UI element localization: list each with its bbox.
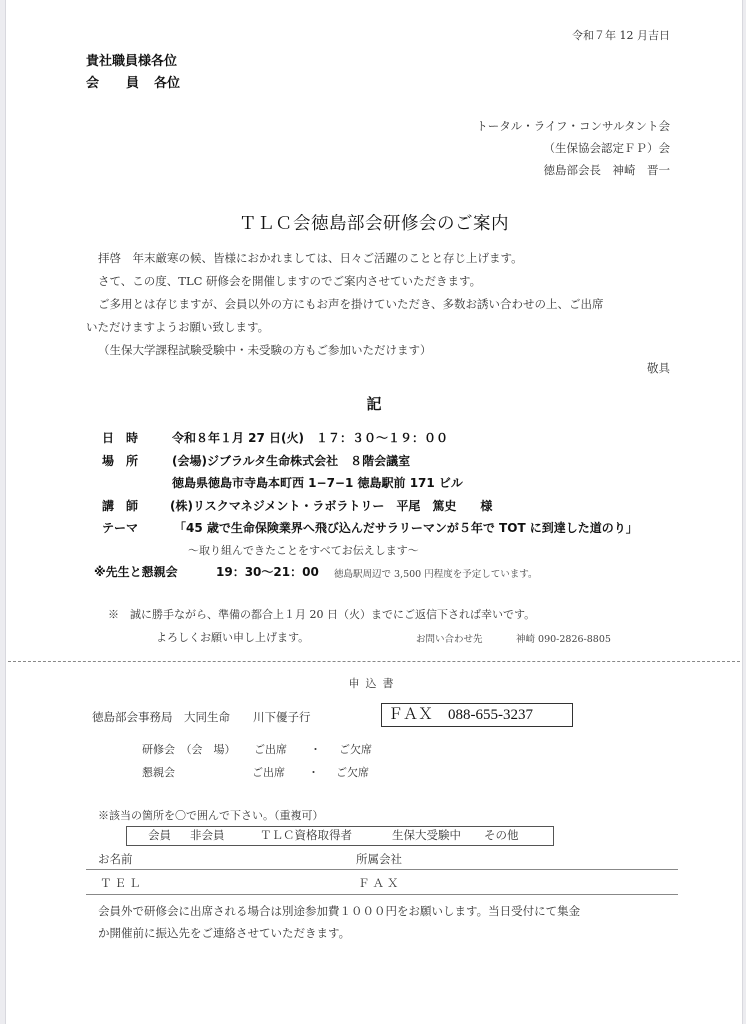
issue-date: 令和７年 12 月吉日 bbox=[572, 27, 670, 43]
closing-keigu: 敬具 bbox=[647, 360, 670, 376]
attendance-party-label: 懇親会 bbox=[142, 764, 175, 780]
category-university-exam[interactable]: 生保大受験中 bbox=[392, 827, 461, 844]
venue-label: 場 所 bbox=[102, 452, 138, 469]
reply-deadline-note: ※ 誠に勝手ながら、準備の都合上１月 20 日（火）までにご返信下されば幸いです… bbox=[108, 606, 535, 622]
attendance-seminar-label: 研修会 （会 場） bbox=[142, 741, 236, 757]
addressee-members: 会員各位 bbox=[86, 72, 180, 91]
party-time: 19：30～21：00 bbox=[216, 563, 319, 580]
party-label: ※先生と懇親会 bbox=[94, 563, 178, 580]
sender-sub-org: （生保協会認定ＦＰ）会 bbox=[544, 140, 671, 156]
venue-address: 徳島県徳島市寺島本町西 1−7−1 徳島駅前 171 ビル bbox=[172, 474, 463, 491]
addressee-part: 会 bbox=[86, 72, 126, 91]
name-field-line[interactable] bbox=[86, 869, 678, 870]
theme-value: 「45 歳で生命保険業界へ飛び込んだサラリーマンが５年で TOT に到達した道の… bbox=[174, 519, 638, 536]
category-other[interactable]: その他 bbox=[484, 827, 519, 844]
page-title: ＴＬＣ会徳島部会研修会のご案内 bbox=[6, 210, 742, 235]
datetime-label: 日 時 bbox=[102, 429, 138, 446]
theme-label: テーマ bbox=[102, 519, 138, 536]
category-non-member[interactable]: 非会員 bbox=[190, 827, 225, 844]
application-form-title: 申込書 bbox=[6, 675, 742, 691]
fax-number-box: ＦＡＸ 088-655-3237 bbox=[381, 703, 573, 727]
fee-note-line: か開催前に振込先をご連絡させていただきます。 bbox=[98, 925, 350, 941]
category-box: 会員 非会員 ＴＬＣ資格取得者 生保大受験中 その他 bbox=[126, 826, 554, 846]
fax-field-label: ＦＡＸ bbox=[358, 875, 402, 891]
attendance-seminar-no[interactable]: ご欠席 bbox=[339, 741, 372, 757]
body-line: ご多用とは存じますが、会員以外の方にもお声を掛けていただき、多数お誘い合わせの上… bbox=[98, 296, 604, 312]
tel-field-label: ＴＥＬ bbox=[100, 875, 144, 891]
datetime-value: 令和８年１月 27 日(火) １７：３０～１９：００ bbox=[172, 429, 448, 446]
addressee-part: 員 bbox=[126, 72, 154, 91]
circle-instruction: ※該当の箇所を〇で囲んで下さい。（重複可） bbox=[98, 807, 324, 823]
sender-chief: 徳島部会長 神崎 晋一 bbox=[544, 162, 671, 178]
addressee-part: 各位 bbox=[154, 72, 180, 91]
document-page: 令和７年 12 月吉日 貴社職員様各位 会員各位 トータル・ライフ・コンサルタン… bbox=[5, 0, 743, 1024]
body-line: さて、この度、TLC 研修会を開催しますのでご案内させていただきます。 bbox=[98, 273, 481, 289]
lecturer-value: (株)リスクマネジメント・ラボラトリー 平尾 篤史 様 bbox=[170, 497, 492, 514]
fee-note-line: 会員外で研修会に出席される場合は別途参加費１０００円をお願いします。当日受付にて… bbox=[98, 903, 580, 919]
tel-field-line[interactable] bbox=[86, 894, 678, 895]
body-line: （生保大学課程試験受験中・未受験の方もご参加いただけます） bbox=[98, 342, 432, 358]
party-note: 徳島駅周辺で 3,500 円程度を予定しています。 bbox=[334, 566, 537, 580]
contact-value: 神崎 090-2826-8805 bbox=[516, 631, 611, 645]
category-tlc-qualified[interactable]: ＴＬＣ資格取得者 bbox=[260, 827, 352, 844]
body-line: 拝啓 年末厳寒の候、皆様におかれましては、日々ご活躍のことと存じ上げます。 bbox=[98, 250, 523, 266]
attendance-separator: ・ bbox=[308, 764, 319, 780]
name-field-label: お名前 bbox=[98, 851, 133, 867]
venue-value: (会場)ジブラルタ生命株式会社 ８階会議室 bbox=[172, 452, 410, 469]
attendance-seminar-yes[interactable]: ご出席 bbox=[254, 741, 287, 757]
form-recipient: 徳島部会事務局 大同生命 川下優子行 bbox=[92, 709, 311, 725]
sender-org: トータル・ライフ・コンサルタント会 bbox=[476, 118, 670, 134]
cut-line-divider bbox=[8, 661, 740, 662]
attendance-party-no[interactable]: ご欠席 bbox=[336, 764, 369, 780]
theme-subtitle: ～取り組んできたことをすべてお伝えします～ bbox=[188, 542, 419, 558]
category-member[interactable]: 会員 bbox=[148, 827, 171, 844]
body-line: いただけますようお願い致します。 bbox=[86, 319, 269, 335]
contact-label: お問い合わせ先 bbox=[416, 631, 483, 645]
attendance-separator: ・ bbox=[310, 741, 321, 757]
reply-regards: よろしくお願い申し上げます。 bbox=[156, 629, 309, 645]
ki-heading: 記 bbox=[6, 393, 742, 414]
lecturer-label: 講 師 bbox=[102, 497, 138, 514]
addressee-staff: 貴社職員様各位 bbox=[86, 50, 177, 69]
attendance-party-yes[interactable]: ご出席 bbox=[252, 764, 285, 780]
company-field-label: 所属会社 bbox=[356, 851, 402, 867]
